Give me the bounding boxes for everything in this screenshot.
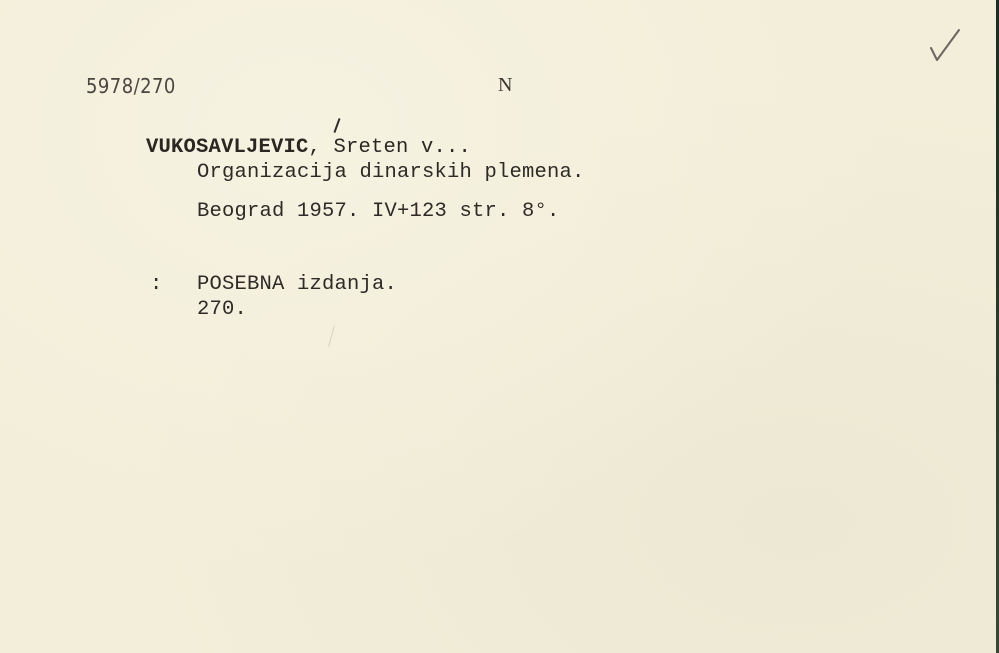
book-title: Organizacija dinarskih plemena. (197, 161, 585, 184)
series-number: 270. (197, 298, 247, 321)
series-title: POSEBNA izdanja. (197, 273, 397, 296)
series-prefix: : (150, 273, 163, 296)
author-heading: VUKOSAVLJEVIC, Sreten v... (146, 136, 471, 159)
author-forename: , Sreten v... (309, 136, 472, 159)
imprint-line: Beograd 1957. IV+123 str. 8°. (197, 200, 560, 223)
catalog-card: 5978/270 N VUKOSAVLJEVIC, Sreten v... Or… (0, 0, 996, 653)
author-surname: VUKOSAVLJEVIC (146, 136, 309, 159)
check-mark-icon (925, 26, 965, 66)
diacritic-accent-mark (333, 118, 340, 133)
pencil-stray-mark (328, 325, 335, 347)
location-mark: N (498, 74, 512, 97)
call-number: 5978/270 (86, 74, 176, 98)
